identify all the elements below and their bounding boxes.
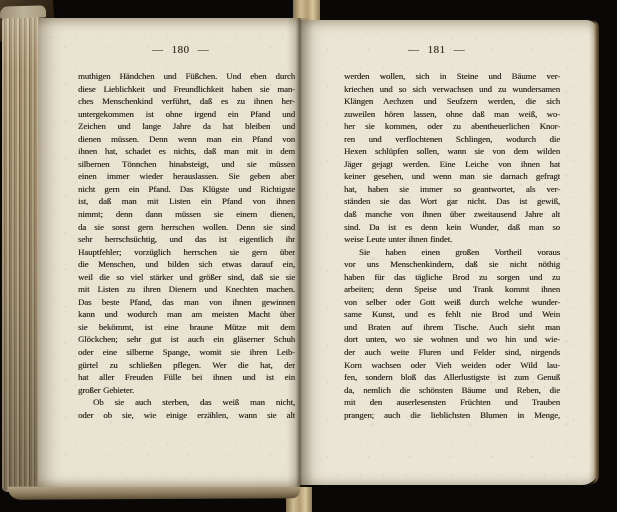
text-line: gürtel zu schließen pflegen. Wer die hat… bbox=[78, 359, 295, 372]
text-line: Jäger gejagt werden. Eine Leiche von ihn… bbox=[344, 158, 560, 171]
text-line: kriechen und so sich verwachsen und zu w… bbox=[344, 83, 560, 96]
page-block-top-edge bbox=[0, 5, 46, 18]
text-line: dort unten, wo sie wohnen und wo hin und… bbox=[344, 333, 560, 346]
right-page: —181— werden wollen, sich in Steine und … bbox=[300, 20, 599, 485]
text-line: Sie haben einen großen Vortheil voraus bbox=[344, 246, 560, 259]
text-line: die Menschen, und bilden sich etwas dara… bbox=[78, 258, 295, 271]
text-line: Hauptfehler; vorzüglich herrschen sie ge… bbox=[78, 246, 295, 259]
page-header-right: —181— bbox=[328, 44, 545, 56]
text-line: same Kunst, und es fehlt nie Brod und We… bbox=[344, 308, 560, 321]
page-block-fore-edge bbox=[2, 13, 39, 492]
text-line: Hexen schlüpfen sollen, wann sie von dem… bbox=[344, 145, 560, 158]
text-line: Klängen Aechzen und Seufzern werden, die… bbox=[344, 95, 560, 108]
text-line: mit Listen zu ihren Dienern und Knechten… bbox=[78, 283, 295, 296]
text-line: vor uns Menschenkindern, daß sie nicht n… bbox=[344, 258, 560, 271]
text-line: Korn wachsen oder Vieh weiden oder Wild … bbox=[344, 359, 560, 372]
page-number: 180 bbox=[172, 44, 190, 56]
text-line: Zeichen und lange Jahre da hat bleiben u… bbox=[78, 120, 295, 133]
text-line: silbernen Tönnchen hinabsteigt, und sie … bbox=[78, 158, 295, 171]
paragraph: muthigen Händchen und Füßchen. Und eben … bbox=[78, 70, 295, 396]
text-line: keiner gesehen, und wenn man sie darnach… bbox=[344, 170, 560, 183]
cradle-stick-top bbox=[293, 0, 320, 20]
paragraph: Sie haben einen großen Vortheil vorausvo… bbox=[344, 246, 560, 422]
text-line: hat, haben sie immer so geantwortet, als… bbox=[344, 183, 560, 196]
text-line: sehr herrschsüchtig, und das ist eigentl… bbox=[78, 233, 295, 246]
text-line: sie bekömmt, ist eine braune Mütze mit d… bbox=[78, 321, 295, 334]
text-line: ihnen hat, schadet es nichts, daß man mi… bbox=[78, 145, 295, 158]
text-line: da sie sonst gern herrschen wollen. Denn… bbox=[78, 221, 295, 234]
left-page: —180— muthigen Händchen und Füßchen. Und… bbox=[38, 18, 300, 487]
text-line: haben für das tägliche Brod zu sorgen un… bbox=[344, 271, 560, 284]
header-dash: — bbox=[152, 44, 164, 56]
text-line: da, nemlich die schönsten Bäume und Rebe… bbox=[344, 384, 560, 397]
text-line: von selber oder Gott weiß durch welche w… bbox=[344, 296, 560, 309]
text-line: zuweilen hören lassen, ohne daß man weiß… bbox=[344, 108, 560, 121]
text-line: nicht gern ein Pfand. Das Klügste und Ri… bbox=[78, 183, 295, 196]
text-line: daß manche von ihnen über zweitausend Ja… bbox=[344, 208, 560, 221]
text-line: fen, sondern bloß das Allerlustigste ist… bbox=[344, 371, 560, 384]
text-line: oder ob sie, wie einige erzählen, wann s… bbox=[78, 409, 295, 422]
text-line: weise Leute unter ihnen findet. bbox=[344, 233, 560, 246]
header-dash: — bbox=[198, 44, 210, 56]
book-photo-scene: —180— muthigen Händchen und Füßchen. Und… bbox=[0, 0, 617, 512]
left-page-text: muthigen Händchen und Füßchen. Und eben … bbox=[78, 70, 295, 421]
paragraph: werden wollen, sich in Steine und Bäume … bbox=[344, 70, 560, 246]
text-line: werden wollen, sich in Steine und Bäume … bbox=[344, 70, 560, 83]
text-line: Ob sie auch sterben, das weiß man nicht, bbox=[78, 396, 295, 409]
text-line: hat aller Freuden Fülle bei ihnen und is… bbox=[78, 371, 295, 384]
paragraph: Ob sie auch sterben, das weiß man nicht,… bbox=[78, 396, 295, 421]
text-line: untergekommen ist ohne irgend ein Pfand … bbox=[78, 108, 295, 121]
text-line: und Braten auf ihrem Tische. Auch sieht … bbox=[344, 321, 560, 334]
text-line: großer Gebieter. bbox=[78, 384, 295, 397]
text-line: dienen müssen. Denn wenn man ein Pfand v… bbox=[78, 133, 295, 146]
text-line: prangen; auch die lieblichsten Blumen in… bbox=[344, 409, 560, 422]
page-header-left: —180— bbox=[72, 44, 289, 56]
text-line: oder eine silberne Spange, womit sie ihr… bbox=[78, 346, 295, 359]
text-line: nimmt; denn dann müssen sie einem dienen… bbox=[78, 208, 295, 221]
header-dash: — bbox=[408, 44, 420, 56]
text-line: einen immer wieder herauslassen. Sie geb… bbox=[78, 170, 295, 183]
text-line: arbeiten; denn Speise und Trank kommt ih… bbox=[344, 283, 560, 296]
text-line: Das beste Pfand, das man von ihnen gewin… bbox=[78, 296, 295, 309]
text-line: ständen sie das Wort gar nicht. Das ist … bbox=[344, 195, 560, 208]
text-line: muthigen Händchen und Füßchen. Und eben … bbox=[78, 70, 295, 83]
right-page-text: werden wollen, sich in Steine und Bäume … bbox=[344, 70, 560, 421]
text-line: sind. Da ist es denn kein Wunder, daß ma… bbox=[344, 221, 560, 234]
page-number: 181 bbox=[428, 44, 446, 56]
text-line: der auch weite Fluren und Felder sind, n… bbox=[344, 346, 560, 359]
text-line: her sie kommen, oder zu abentheuerlichen… bbox=[344, 120, 560, 133]
text-line: kann und wodurch man am meisten Macht üb… bbox=[78, 308, 295, 321]
text-line: weil die so viel stärker und größer sind… bbox=[78, 271, 295, 284]
text-line: ren und verflochtenen Schlingen, wodurch… bbox=[344, 133, 560, 146]
text-line: Glöckchen; sehr gut ist auch ein gläsern… bbox=[78, 333, 295, 346]
page-block-bottom-edge bbox=[8, 485, 300, 500]
text-line: ches Menschenkind verführt, daß es zu ih… bbox=[78, 95, 295, 108]
header-dash: — bbox=[454, 44, 466, 56]
text-line: ist, daß man mit Listen ein Pfand von ih… bbox=[78, 195, 295, 208]
text-line: diese Lieblichkeit und Freundlichkeit ha… bbox=[78, 83, 295, 96]
text-line: mit den auserlesensten Früchten und Trau… bbox=[344, 396, 560, 409]
